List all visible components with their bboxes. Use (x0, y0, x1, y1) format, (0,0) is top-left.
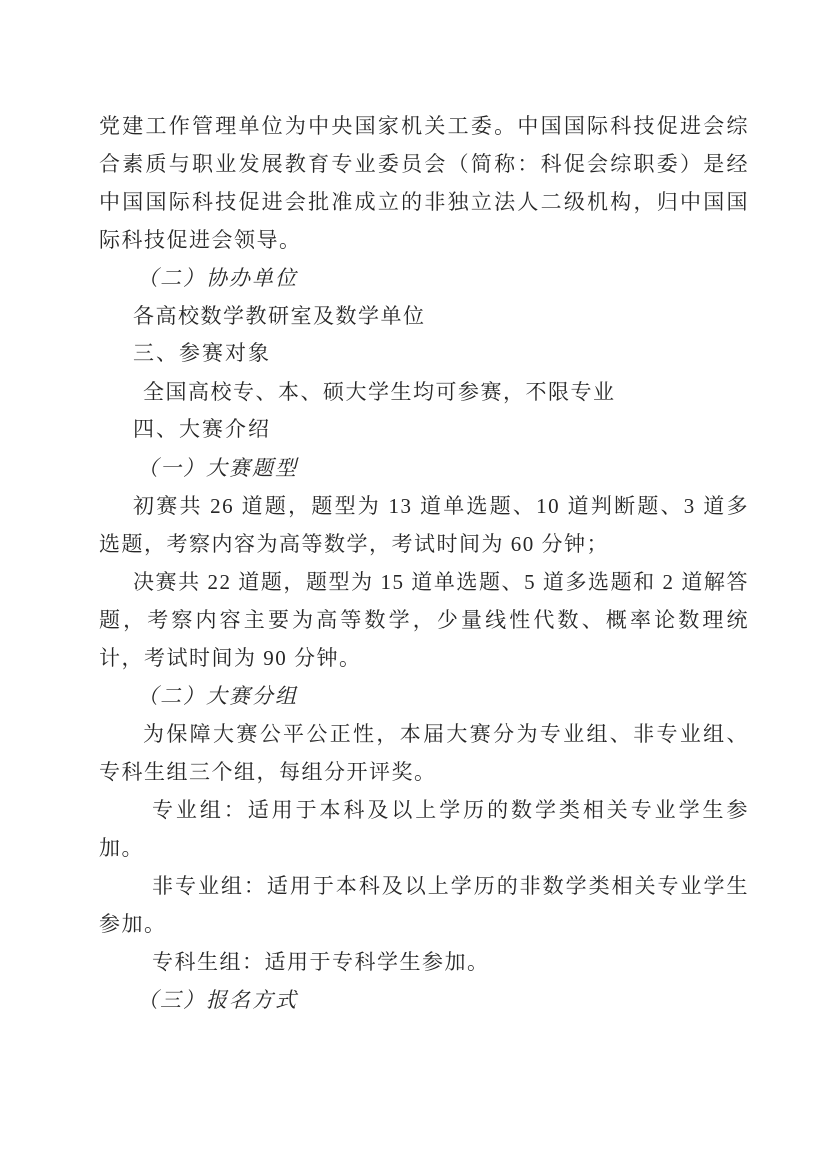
subheading-question-types: （一）大赛题型 (99, 449, 749, 487)
paragraph-professional-group: 专业组：适用于本科及以上学历的数学类相关专业学生参加。 (99, 791, 749, 867)
paragraph-non-professional-group: 非专业组：适用于本科及以上学历的非数学类相关专业学生参加。 (99, 867, 749, 943)
paragraph-college-group: 专科生组：适用于专科学生参加。 (99, 943, 749, 981)
heading-section-4-introduction: 四、大赛介绍 (99, 411, 749, 449)
subheading-co-organizer: （二）协办单位 (99, 259, 749, 297)
subheading-competition-groups: （二）大赛分组 (99, 677, 749, 715)
document-content: 党建工作管理单位为中央国家机关工委。中国国际科技促进会综合素质与职业发展教育专业… (99, 107, 749, 1019)
paragraph-preliminary-round: 初赛共 26 道题，题型为 13 道单选题、10 道判断题、3 道多选题，考察内… (99, 487, 749, 563)
heading-section-3-participants: 三、参赛对象 (99, 335, 749, 373)
paragraph-grouping-overview: 为保障大赛公平公正性，本届大赛分为专业组、非专业组、专科生组三个组，每组分开评奖… (99, 715, 749, 791)
subheading-registration-method: （三）报名方式 (99, 981, 749, 1019)
paragraph-eligibility: 全国高校专、本、硕大学生均可参赛，不限专业 (99, 373, 749, 411)
paragraph-org-intro: 党建工作管理单位为中央国家机关工委。中国国际科技促进会综合素质与职业发展教育专业… (99, 107, 749, 259)
paragraph-final-round: 决赛共 22 道题，题型为 15 道单选题、5 道多选题和 2 道解答题，考察内… (99, 563, 749, 677)
document-page: 党建工作管理单位为中央国家机关工委。中国国际科技促进会综合素质与职业发展教育专业… (0, 0, 827, 1169)
paragraph-co-organizer-detail: 各高校数学教研室及数学单位 (99, 297, 749, 335)
